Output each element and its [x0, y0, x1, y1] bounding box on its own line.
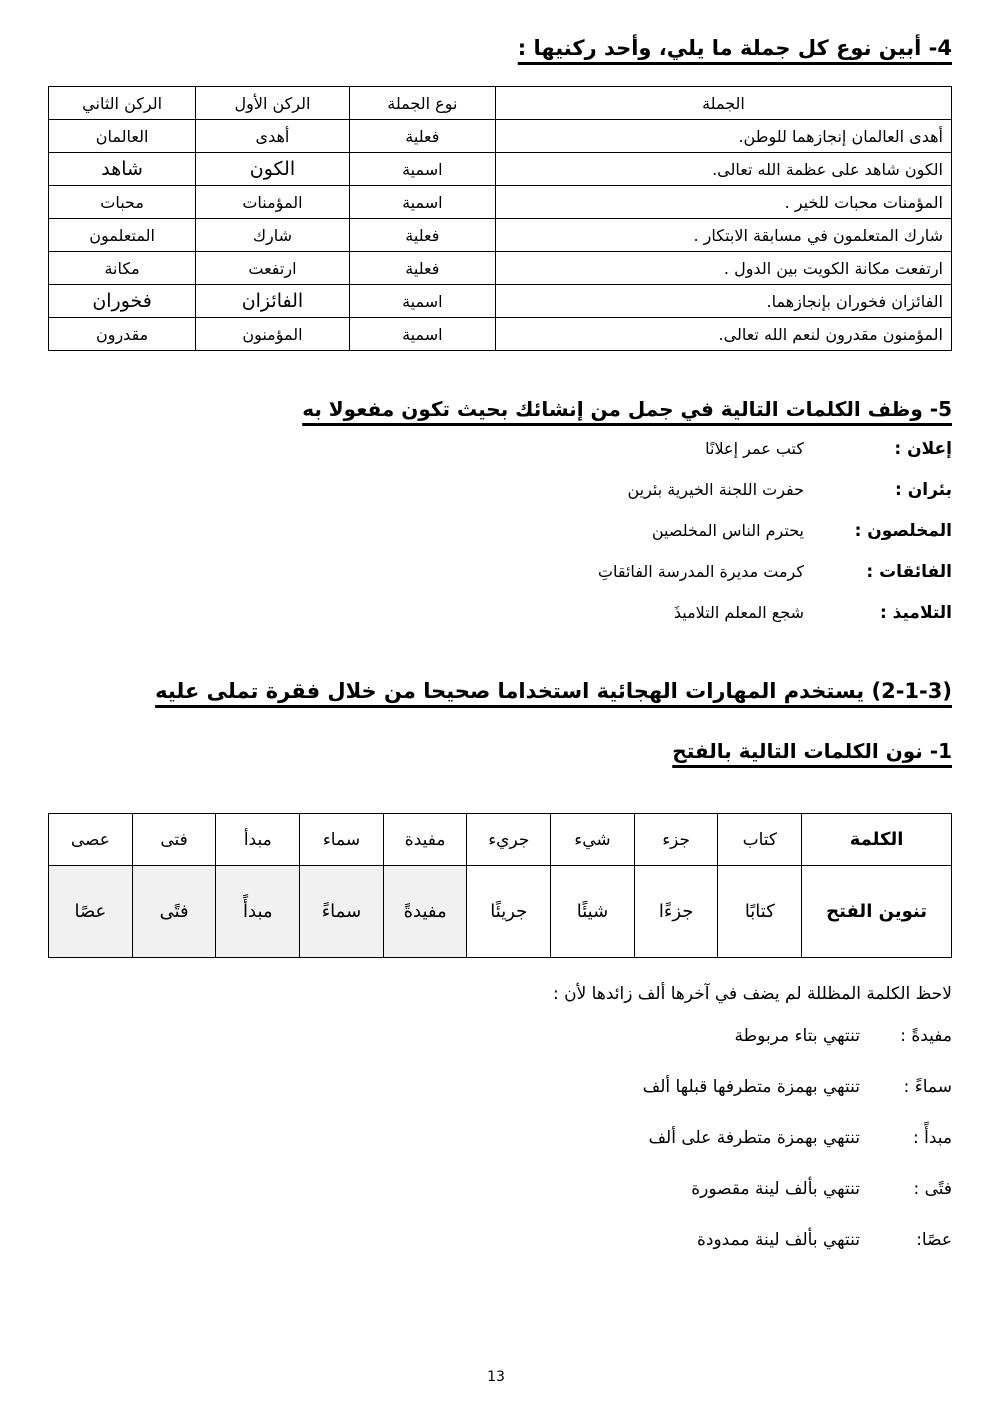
cell-type: اسمية — [349, 186, 495, 219]
cell-first-pillar: الفائزان — [196, 285, 350, 318]
table-row: شارك المتعلمون في مسابقة الابتكار . فعلي… — [49, 219, 952, 252]
table-row: أهدى العالمان إنجازهما للوطن. فعلية أهدى… — [49, 120, 952, 153]
cell-type: اسمية — [349, 153, 495, 186]
word-cell: شيء — [551, 814, 635, 866]
table-row: المؤمنون مقدرون لنعم الله تعالى. اسمية ا… — [49, 318, 952, 351]
cell-sentence: المؤمنون مقدرون لنعم الله تعالى. — [495, 318, 951, 351]
list-item: المخلصون : يحترم الناس المخلصين — [48, 521, 952, 541]
explanation-label: مفيدةً : — [860, 1026, 952, 1046]
tanween-cell: شيئًا — [551, 866, 635, 958]
word-label: بئران : — [804, 480, 952, 500]
row-header-tanween: تنوين الفتح — [802, 866, 952, 958]
cell-type: فعلية — [349, 120, 495, 153]
explanation-label: عصًا: — [860, 1230, 952, 1250]
tanween-cell: جريئًا — [467, 866, 551, 958]
list-item: الفائقات : كرمت مديرة المدرسة الفائقاتِ — [48, 562, 952, 582]
tanween-cell: جزءًا — [634, 866, 718, 958]
cell-second-pillar: العالمان — [49, 120, 196, 153]
word-label: إعلان : — [804, 439, 952, 459]
sentence-types-table: الجملة نوع الجملة الركن الأول الركن الثا… — [48, 86, 952, 351]
cell-first-pillar: المؤمنون — [196, 318, 350, 351]
word-cell: مفيدة — [383, 814, 467, 866]
table-row: الكون شاهد على عظمة الله تعالى. اسمية ال… — [49, 153, 952, 186]
row-header-word: الكلمة — [802, 814, 952, 866]
cell-sentence: أهدى العالمان إنجازهما للوطن. — [495, 120, 951, 153]
word-sentence: يحترم الناس المخلصين — [652, 521, 804, 540]
section4-title: 4- أبين نوع كل جملة ما يلي، وأحد ركنيها … — [48, 36, 952, 60]
explanation-text: تنتهي بألف لينة ممدودة — [697, 1230, 860, 1250]
cell-second-pillar: مقدرون — [49, 318, 196, 351]
worksheet-page: 4- أبين نوع كل جملة ما يلي، وأحد ركنيها … — [0, 0, 992, 1250]
word-label: الفائقات : — [804, 562, 952, 582]
tanween-cell-shaded: مبدأً — [216, 866, 300, 958]
explanation-label: سماءً : — [860, 1077, 952, 1097]
list-item: إعلان : كتب عمر إعلانًا — [48, 439, 952, 459]
tanween-cell-shaded: فتًى — [132, 866, 216, 958]
word-cell: جريء — [467, 814, 551, 866]
col-header-second-pillar: الركن الثاني — [49, 87, 196, 120]
explanation-label: فتًى : — [860, 1179, 952, 1199]
cell-first-pillar: أهدى — [196, 120, 350, 153]
word-cell: كتاب — [718, 814, 802, 866]
list-item: مبدأً : تنتهي بهمزة متطرفة على ألف — [48, 1128, 952, 1148]
cell-type: اسمية — [349, 285, 495, 318]
word-cell: سماء — [300, 814, 384, 866]
col-header-first-pillar: الركن الأول — [196, 87, 350, 120]
word-cell: عصى — [49, 814, 133, 866]
cell-type: فعلية — [349, 252, 495, 285]
word-sentence: حفرت اللجنة الخيرية بئرين — [627, 480, 804, 499]
tanween-word-row: الكلمة كتاب جزء شيء جريء مفيدة سماء مبدأ… — [49, 814, 952, 866]
tanween-cell-shaded: عصًا — [49, 866, 133, 958]
tanween-table: الكلمة كتاب جزء شيء جريء مفيدة سماء مبدأ… — [48, 813, 952, 958]
table-header-row: الجملة نوع الجملة الركن الأول الركن الثا… — [49, 87, 952, 120]
cell-second-pillar: محبات — [49, 186, 196, 219]
note-text: لاحظ الكلمة المظللة لم يضف في آخرها ألف … — [48, 984, 952, 1004]
word-sentence: كرمت مديرة المدرسة الفائقاتِ — [598, 562, 804, 581]
explanation-text: تنتهي بهمزة متطرفها قبلها ألف — [643, 1077, 860, 1097]
cell-first-pillar: ارتفعت — [196, 252, 350, 285]
word-cell: فتى — [132, 814, 216, 866]
section5-title: 5- وظف الكلمات التالية في جمل من إنشائك … — [48, 397, 952, 421]
explanation-text: تنتهي بهمزة متطرفة على ألف — [648, 1128, 860, 1148]
explanation-text: تنتهي بتاء مربوطة — [735, 1026, 860, 1046]
cell-first-pillar: شارك — [196, 219, 350, 252]
table-row: ارتفعت مكانة الكويت بين الدول . فعلية ار… — [49, 252, 952, 285]
tanween-answer-row: تنوين الفتح كتابًا جزءًا شيئًا جريئًا مف… — [49, 866, 952, 958]
tanween-cell-shaded: سماءً — [300, 866, 384, 958]
list-item: فتًى : تنتهي بألف لينة مقصورة — [48, 1179, 952, 1199]
page-number: 13 — [0, 1369, 992, 1385]
explanation-list: مفيدةً : تنتهي بتاء مربوطة سماءً : تنتهي… — [48, 1026, 952, 1250]
table-row: المؤمنات محبات للخير . اسمية المؤمنات مح… — [49, 186, 952, 219]
list-item: بئران : حفرت اللجنة الخيرية بئرين — [48, 480, 952, 500]
cell-second-pillar: مكانة — [49, 252, 196, 285]
col-header-type: نوع الجملة — [349, 87, 495, 120]
word-sentence: شجع المعلم التلاميذَ — [674, 603, 804, 622]
word-cell: مبدأ — [216, 814, 300, 866]
cell-second-pillar: فخوران — [49, 285, 196, 318]
explanation-label: مبدأً : — [860, 1128, 952, 1148]
standard-subtitle: 1- نون الكلمات التالية بالفتح — [48, 739, 952, 763]
explanation-text: تنتهي بألف لينة مقصورة — [691, 1179, 860, 1199]
standard-title: (2-1-3) يستخدم المهارات الهجائية استخدام… — [48, 679, 952, 703]
tanween-cell: كتابًا — [718, 866, 802, 958]
cell-first-pillar: المؤمنات — [196, 186, 350, 219]
cell-sentence: ارتفعت مكانة الكويت بين الدول . — [495, 252, 951, 285]
list-item: سماءً : تنتهي بهمزة متطرفها قبلها ألف — [48, 1077, 952, 1097]
list-item: عصًا: تنتهي بألف لينة ممدودة — [48, 1230, 952, 1250]
word-usage-list: إعلان : كتب عمر إعلانًا بئران : حفرت الل… — [48, 439, 952, 623]
list-item: التلاميذ : شجع المعلم التلاميذَ — [48, 603, 952, 623]
cell-type: اسمية — [349, 318, 495, 351]
word-cell: جزء — [634, 814, 718, 866]
cell-first-pillar: الكون — [196, 153, 350, 186]
list-item: مفيدةً : تنتهي بتاء مربوطة — [48, 1026, 952, 1046]
cell-sentence: المؤمنات محبات للخير . — [495, 186, 951, 219]
tanween-cell-shaded: مفيدةً — [383, 866, 467, 958]
word-sentence: كتب عمر إعلانًا — [705, 439, 804, 458]
table-row: الفائزان فخوران بإنجازهما. اسمية الفائزا… — [49, 285, 952, 318]
word-label: التلاميذ : — [804, 603, 952, 623]
cell-sentence: الكون شاهد على عظمة الله تعالى. — [495, 153, 951, 186]
cell-type: فعلية — [349, 219, 495, 252]
word-label: المخلصون : — [804, 521, 952, 541]
col-header-sentence: الجملة — [495, 87, 951, 120]
cell-second-pillar: المتعلمون — [49, 219, 196, 252]
cell-second-pillar: شاهد — [49, 153, 196, 186]
cell-sentence: شارك المتعلمون في مسابقة الابتكار . — [495, 219, 951, 252]
cell-sentence: الفائزان فخوران بإنجازهما. — [495, 285, 951, 318]
